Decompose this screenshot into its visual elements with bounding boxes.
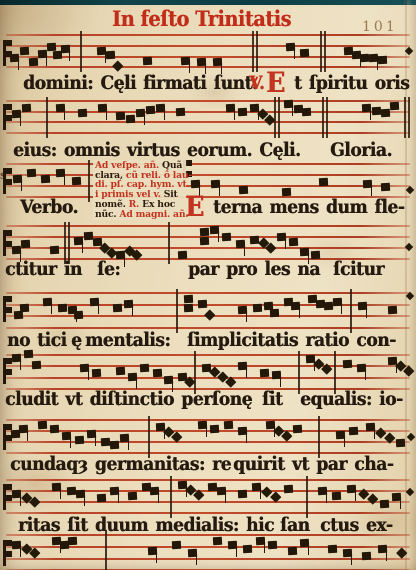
neume-punctum [68,537,77,545]
neume-punctum [213,537,222,545]
neume-punctum [372,107,381,115]
division-barline [148,416,150,458]
staff-line [6,56,410,58]
staff-line [6,247,410,249]
c-clef-arm [6,104,12,110]
neume-punctum [360,54,369,62]
neume-punctum [238,490,247,498]
virga-stem [156,549,158,563]
rubric-text-segment: nũc. [95,209,119,220]
virga-stem [206,423,208,437]
virga-stem [371,182,373,196]
c-clef-arm [6,540,12,546]
neume-punctum [172,541,181,549]
chant-text-segment: t ſpiritu oris [294,72,409,94]
chant-text-segment: Verbo. [20,196,78,218]
custos [406,488,414,496]
chant-text-segment: Gloria. [330,139,392,161]
neume-punctum [224,421,233,429]
virga-stem [355,487,357,501]
neume-punctum [22,104,31,112]
neume-rhombus [204,309,215,320]
virga-stem [118,489,120,503]
folio-number: 101 [362,19,398,35]
division-barline [46,97,48,138]
c-clef-arm [6,179,12,185]
virga-stem [106,106,108,120]
neume-punctum [324,302,333,310]
neume-punctum [239,186,248,194]
neume-punctum [41,175,50,183]
double-barline [322,97,324,138]
neume-punctum [332,492,341,500]
neume-punctum [84,232,93,240]
virga-stem [365,366,367,380]
chant-text-segment: quirit vt par cha- [233,453,393,475]
virga-stem [88,366,90,380]
virga-stem [299,304,301,318]
virga-stem [21,177,23,191]
virga-stem [225,489,227,503]
division-barline [88,160,90,202]
neume-punctum [50,246,59,254]
staff-line [6,185,410,187]
virga-stem [46,52,48,66]
neume-punctum [208,483,217,491]
rubric-text-segment: Ad magni. añ. [119,209,188,220]
neume-punctum [380,500,389,508]
neume-punctum [116,112,125,120]
neume-punctum [50,425,59,433]
chant-text-segment: ſcitur [333,258,384,280]
division-barline [80,31,82,72]
virga-stem [64,171,66,185]
virga-stem [341,300,343,314]
chant-text-segment: par pro les na [188,258,320,280]
staff-line [6,163,410,165]
virga-stem [164,106,166,120]
virga-stem [189,59,191,73]
virga-stem [294,45,296,59]
neume-punctum [184,295,193,303]
custos [406,186,414,194]
chant-text-segment: ctitur in [5,258,82,280]
staff-line [6,34,410,36]
double-barline [408,97,410,138]
virga-stem [264,539,266,553]
neume-punctum [176,108,185,116]
custos [406,292,414,300]
neume-punctum [390,102,399,110]
virga-stem [98,300,100,314]
photo-top-edge [0,0,416,5]
c-clef-arm [6,296,12,302]
staff-line [6,121,410,123]
neume-punctum [200,237,209,245]
division-barline [170,476,172,518]
neume-punctum [282,188,291,196]
neume-punctum [300,49,309,57]
neume-punctum [106,51,115,59]
virga-stem [132,302,134,316]
staff-line [6,501,410,503]
virga-stem [218,228,220,242]
neume-punctum [140,364,149,372]
double-barline [404,97,406,138]
neume-punctum [260,369,269,377]
c-clef-arm [6,369,12,375]
neume-punctum [126,115,135,123]
chant-text-segment: E [266,66,285,99]
neume-punctum [67,487,76,495]
virga-stem [244,242,246,256]
neume-punctum [319,178,328,186]
neume-punctum [27,169,36,177]
neume-punctum [47,43,56,51]
neume-punctum [97,494,106,502]
double-barline [252,31,254,72]
virga-stem [70,434,72,448]
division-barline [350,289,352,333]
staff-line [6,558,410,560]
virga-stem [246,308,248,322]
neume-punctum [349,427,358,435]
virga-stem [366,304,368,318]
neume-punctum [210,425,219,433]
staff-line [6,132,410,134]
chant-text-segment: ſe: [97,258,120,280]
staff-line [6,225,410,227]
chant-text-segment: firmati ſunt. [143,72,257,94]
neume-punctum [29,58,38,66]
c-clef-arm [6,241,12,247]
neume-punctum [270,309,279,317]
division-barline [306,476,308,518]
neume-punctum [75,436,84,444]
c-clef-arm [6,168,12,174]
virga-stem [128,436,130,450]
neume-punctum [200,228,209,236]
neume-punctum [184,304,193,312]
manuscript-page: In feſto Trinitatis 101 s domini: Cęlifi… [0,0,416,570]
virga-stem [20,543,22,557]
chant-text-segment: eius: omnis virtus eorum. Cęli. [13,139,300,161]
neume-punctum [238,108,247,116]
neume-punctum [74,311,83,319]
chant-text-segment: cundaqȝ germanitas: re [10,453,231,475]
c-clef-arm [6,115,12,121]
neume-punctum [146,106,155,114]
neume-punctum [24,350,33,358]
c-clef-arm [6,495,12,501]
virga-stem [20,356,22,370]
neume-punctum [328,545,337,553]
neume-punctum [20,47,29,55]
chant-text-segment: equalis: io- [300,388,403,410]
double-barline [256,31,258,72]
staff-line [6,354,410,356]
staff-line [6,479,410,481]
chant-text-segment: ſit [262,388,282,410]
virga-stem [400,495,402,509]
virga-stem [136,375,138,389]
virga-stem [84,492,86,506]
neume-punctum [113,304,122,312]
neume-punctum [110,441,119,449]
double-barline [320,31,322,72]
c-clef-arm [6,424,12,430]
virga-stem [280,373,282,387]
neume-rhombus [112,60,123,71]
chant-text-segment: ſan [280,514,310,536]
neume-rhombus [281,430,292,441]
virga-stem [27,427,29,441]
neume-punctum [101,438,110,446]
virga-stem [234,106,236,120]
virga-stem [219,182,221,196]
neume-punctum [178,251,187,259]
neume-punctum [289,238,298,246]
double-barline [274,97,276,138]
virga-stem [308,541,310,555]
neume-punctum [388,306,397,314]
neume-punctum [116,367,125,375]
chant-text-segment: terna mens dum fle- [213,196,404,218]
virga-stem [386,547,388,561]
chant-text-segment: mentalis: [85,329,170,351]
neume-punctum [284,485,293,493]
chant-text-segment: ctus ex- [320,514,392,536]
neume-punctum [343,360,352,368]
division-barline [318,416,320,458]
c-clef-arm [6,484,12,490]
virga-stem [20,492,22,506]
neume-punctum [92,369,101,377]
virga-stem [69,47,71,61]
virga-stem [82,239,84,253]
neume-punctum [302,108,311,116]
virga-stem [351,551,353,565]
staff-line [6,377,410,379]
staff-line [6,100,410,102]
virga-stem [60,485,62,499]
double-barline [326,97,328,138]
neume-punctum [153,369,162,377]
staff-line [6,419,410,421]
chant-text-segment: ę [71,329,81,351]
chant-text-segment: cludit vt diſtinctio perſonę [5,388,252,410]
virga-stem [236,543,238,557]
custos [407,433,415,441]
rubric-block: Ad veſpe. añ. Quãclara, cũ reli. ô lau-d… [93,160,186,220]
neume-punctum [128,492,137,500]
neume-punctum [396,439,405,447]
virga-stem [18,56,20,70]
staff-line [6,111,410,113]
virga-stem [196,551,198,565]
neume-punctum [288,547,297,555]
neume-punctum [198,300,207,308]
neume-punctum [381,109,390,117]
neume-punctum [253,304,262,312]
neume-punctum [72,177,81,185]
c-clef-arm [6,358,12,364]
neume-punctum [362,552,371,560]
neume-punctum [20,304,29,312]
chant-text-segment: no [7,329,30,351]
rubric-line: nũc. Ad magni. añ. [95,210,184,220]
virga-stem [246,364,248,378]
virga-stem [124,253,126,267]
division-barline [105,531,107,570]
page-title: In feſto Trinitatis [112,6,291,31]
staff-line [6,174,410,176]
neume-punctum [38,421,47,429]
virga-stem [95,432,97,446]
double-barline [278,97,280,138]
chant-text-segment: domini: Cęli [23,72,136,94]
virga-stem [144,111,146,125]
virga-stem [285,235,287,249]
neume-punctum [293,425,302,433]
neume-punctum [268,541,277,549]
virga-stem [20,112,22,126]
neume-punctum [143,57,152,65]
virga-stem [158,489,160,503]
division-barline [176,289,178,333]
c-clef-arm [6,230,12,236]
chant-text-segment: ritas ſit duum medialis: hic [18,514,274,536]
staff-line [6,66,410,68]
virga-stem [246,429,248,443]
virga-stem [326,489,328,503]
c-clef-arm [6,40,12,46]
neume-punctum [222,233,231,241]
neume-punctum [243,545,252,553]
virga-stem [64,106,66,120]
c-clef-arm [6,307,12,313]
virga-stem [344,433,346,447]
staff-line [6,441,410,443]
chant-text-segment: tici [37,329,67,351]
neume-punctum [378,56,387,64]
virga-stem [51,300,53,314]
neume-punctum [58,304,67,312]
neume-punctum [32,361,41,369]
neume-punctum [78,109,87,117]
double-barline [324,31,326,72]
division-barline [168,222,170,264]
chant-text-segment: ſimplicitatis ratio con- [187,329,396,351]
c-clef-arm [6,551,12,557]
neume-punctum [21,240,30,248]
neume-punctum [381,183,390,191]
